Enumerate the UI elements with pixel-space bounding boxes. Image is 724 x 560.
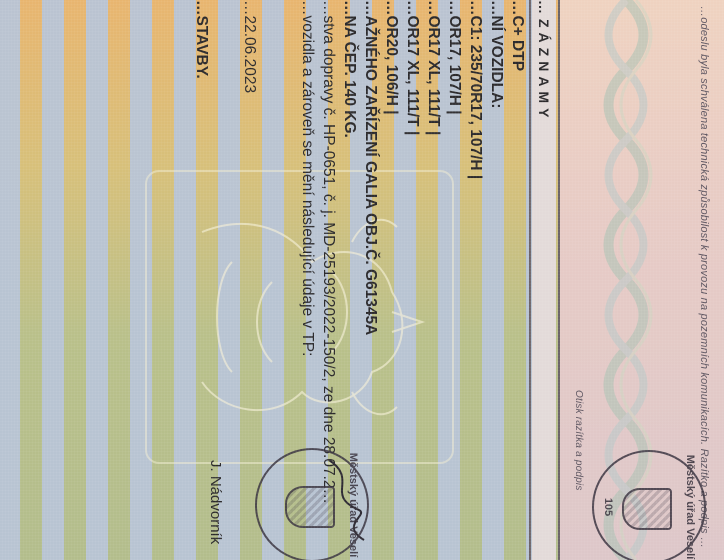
record-line: …OR20, 106/H | [381, 0, 402, 560]
stamp-text: Městský úřad Veselí [684, 452, 696, 560]
stamp-text: Městský úřad Veselí [347, 450, 359, 560]
record-line: …OR17, 107/H | [444, 0, 465, 560]
official-stamp: Městský úřad Veselí [255, 448, 369, 560]
section-title: …ZÁZNAMY [536, 0, 552, 122]
stamp-number: 105 [602, 452, 614, 560]
crest-icon [285, 486, 335, 528]
record-line: …C1: 235/70R17, 107/H | [465, 0, 486, 560]
divider-line [529, 0, 531, 560]
record-line: …C+ DTP [507, 0, 528, 560]
record-line: …OR17 XL, 111/T | [423, 0, 444, 560]
record-line: …22.06.2023 [239, 0, 260, 560]
divider-line [558, 0, 560, 560]
crest-icon [622, 488, 672, 530]
vehicle-registration-document: …odeslu byla schválena technická způsobi… [0, 0, 724, 560]
signatory-name: J. Nádvorník [207, 460, 224, 544]
record-line: …NÍ VOZIDLA: [486, 0, 507, 560]
stamp-caption: Otisk razítka a podpis [573, 390, 584, 550]
official-stamp: Městský úřad Veselí 105 [592, 450, 706, 560]
header-microtext: …odeslu byla schválena technická způsobi… [698, 6, 710, 550]
record-line: …OR17 XL, 111/T | [402, 0, 423, 560]
